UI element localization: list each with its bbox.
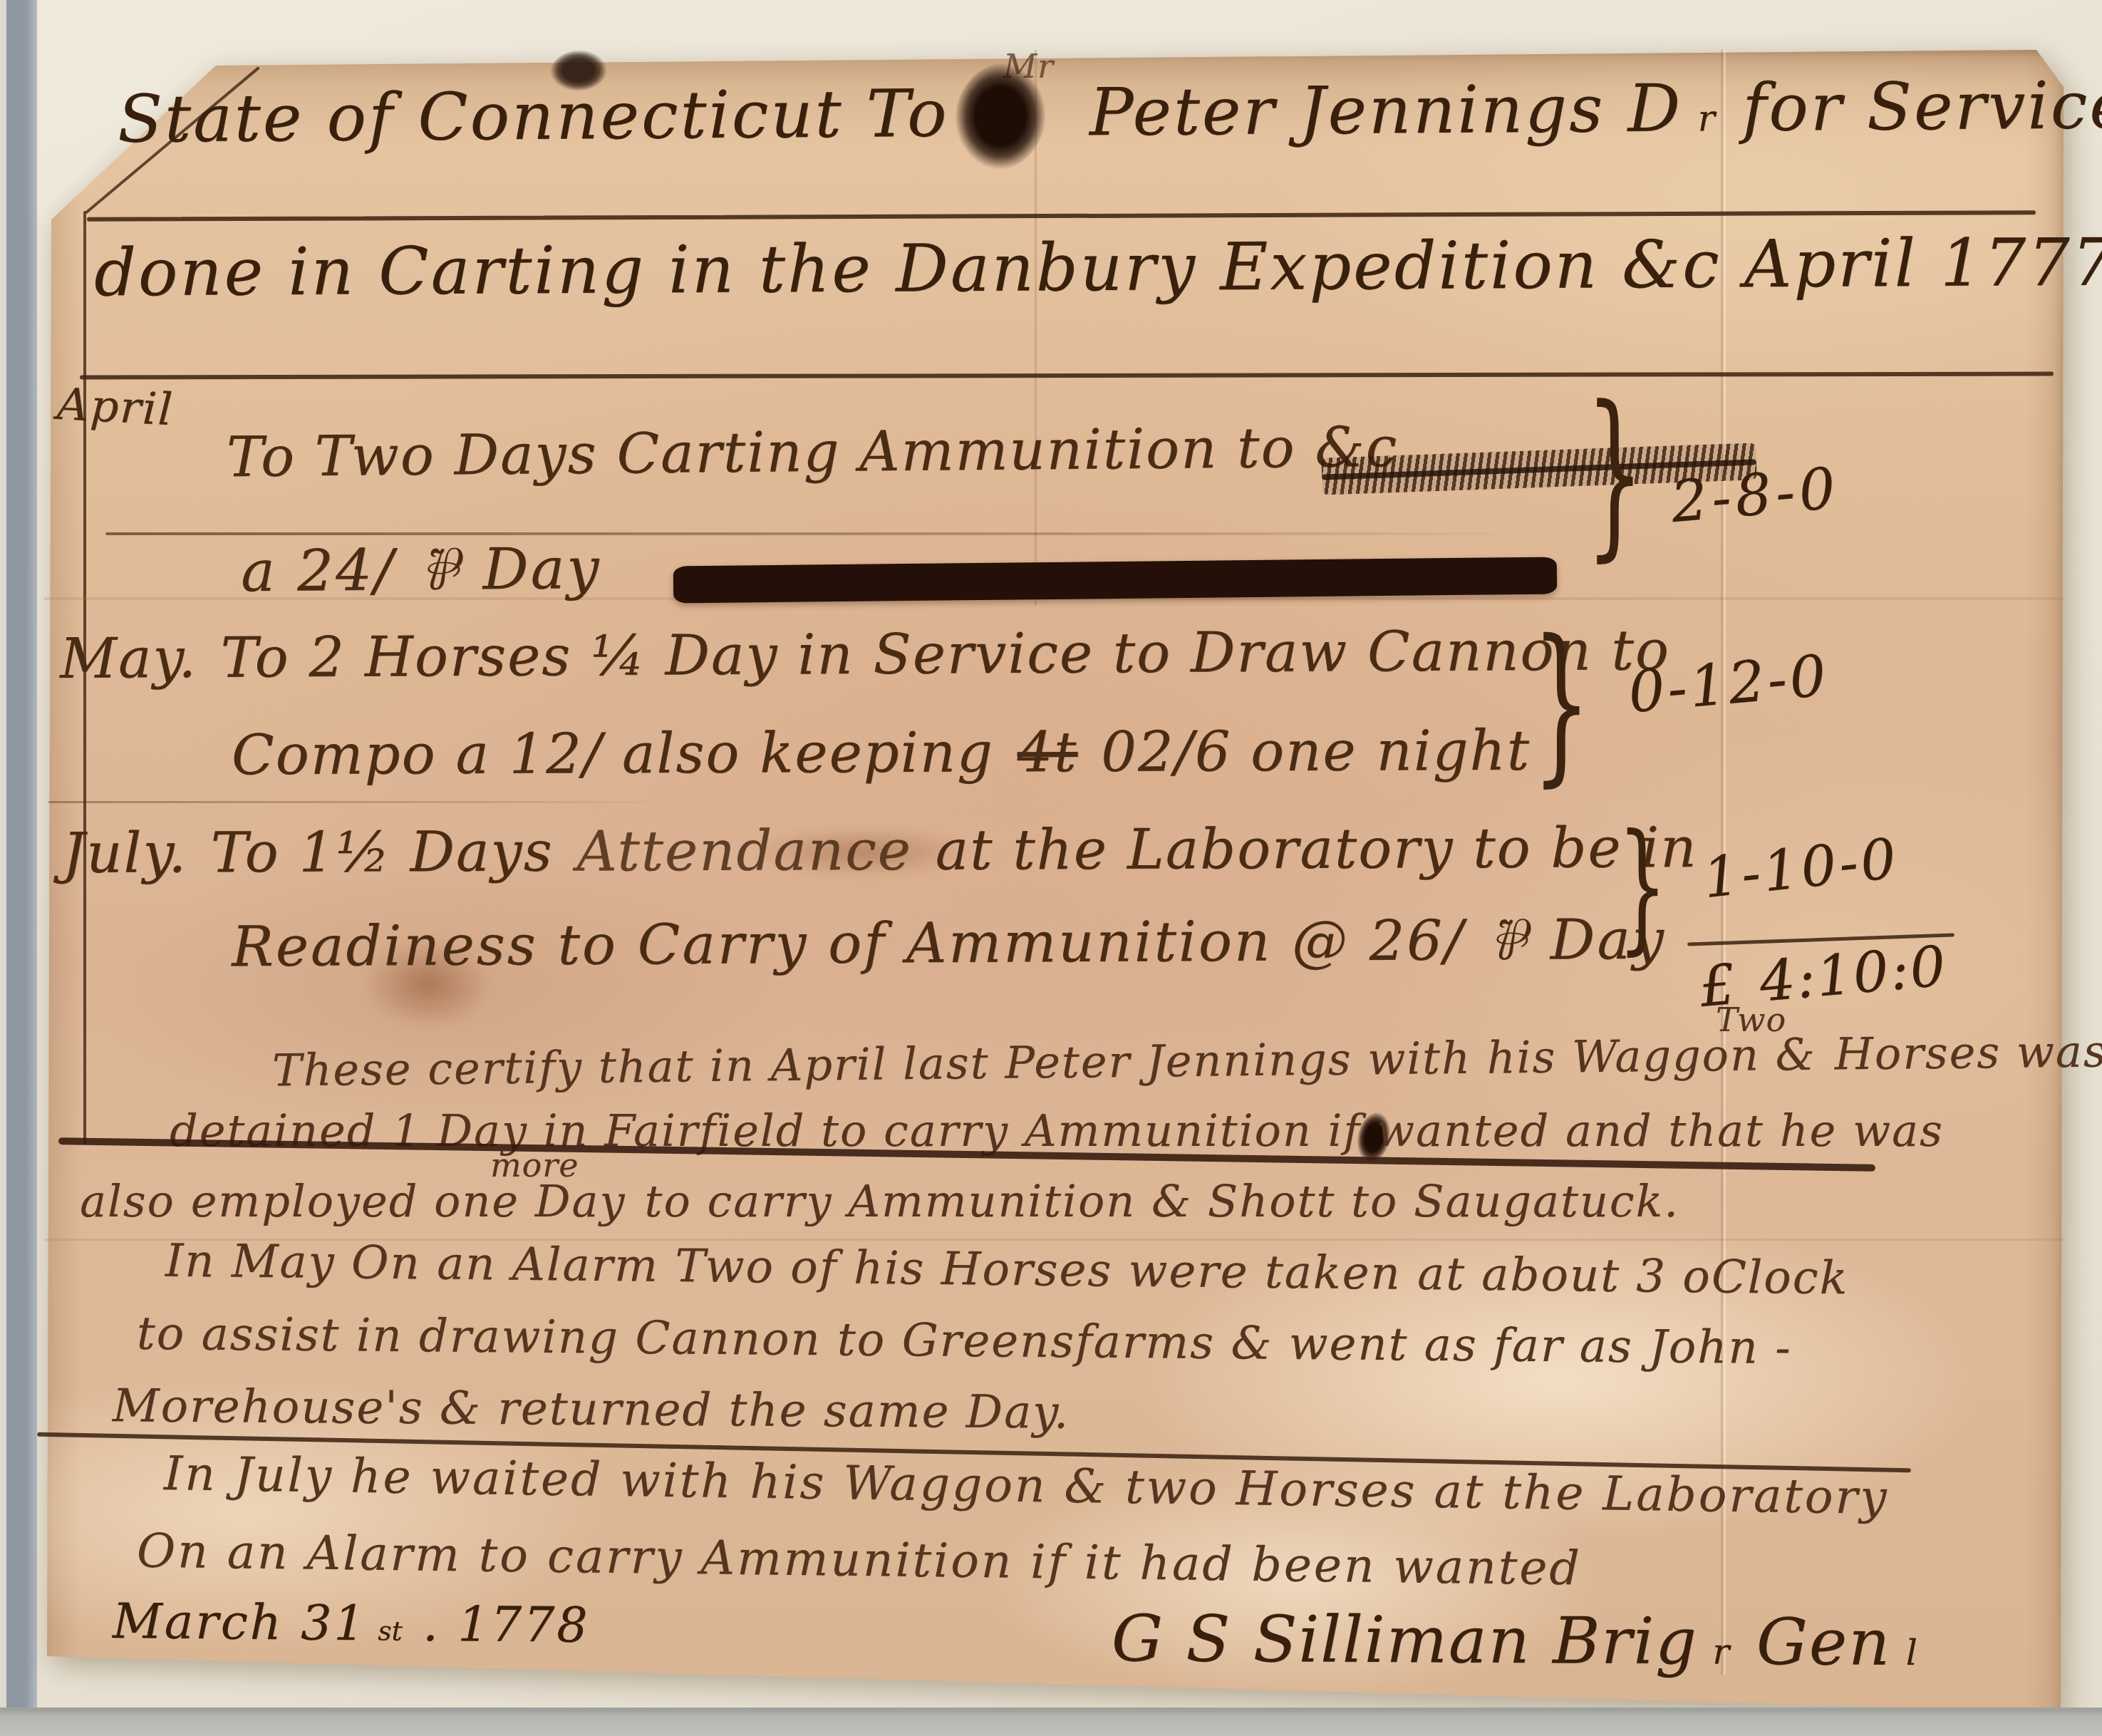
certificate-text-3a: also employed one Day [80, 1179, 626, 1224]
signature-name: G S Silliman Brig [1112, 1607, 1698, 1674]
entry-may-line-1: May. To 2 Horses ¼ Day in Service to Dra… [60, 623, 1670, 687]
title-part-3: for Service [1742, 73, 2102, 141]
title-part-1: State of Connecticut To [118, 81, 949, 153]
certificate-text-3b: to carry Ammunition & Shott to Saugatuck… [644, 1179, 1679, 1224]
signature-rank: Gen [1756, 1611, 1892, 1675]
may-paragraph-line-2: to assist in drawing Cannon to Greensfar… [137, 1311, 1792, 1371]
entry-july-text-1a: To 1½ Days [211, 825, 554, 882]
margin-month-april: April [56, 382, 175, 432]
signature-sup-r: r [1712, 1634, 1729, 1670]
title-superscript: r [1697, 100, 1715, 137]
certificate-line-3: also employed one Day to carry Ammunitio… [80, 1179, 1679, 1224]
entry-july-text-1b: Attendance [576, 823, 912, 880]
signature: G S Silliman Brigr Genl [1112, 1607, 1917, 1675]
date-part-1: March 31 [113, 1598, 367, 1648]
entry-july-text-2a: Readiness to Carry of Ammunition @ 26/ [232, 913, 1466, 975]
entry-april-line-1: To Two Days Carting Ammunition to &c [227, 420, 1399, 485]
total-amount: 4:10:0 [1757, 939, 1949, 1011]
date-part-2: . 1778 [423, 1601, 590, 1650]
date-superscript: st [378, 1618, 403, 1645]
amount-april: 2-8-0 [1669, 460, 1842, 531]
insertion-two: Two [1716, 1003, 1786, 1036]
curly-brace-july: } [1617, 804, 1667, 968]
frame-bottom-edge [0, 1707, 2102, 1736]
entry-july-line-2: Readiness to Carry of Ammunition @ 26/ ⅌… [232, 912, 1666, 976]
per-symbol-july: ⅌ [1489, 913, 1528, 968]
title-part-2: Peter Jennings D [1089, 76, 1682, 146]
title-line-2: done in Carting in the Danbury Expeditio… [94, 230, 2102, 306]
per-symbol: ⅌ [419, 542, 459, 599]
amount-may: 0-12-0 [1626, 647, 1831, 721]
faint-rule-april [105, 532, 1523, 535]
photo-of-framed-document: { "colors": { "mat": "#eae3d5", "frame_g… [0, 0, 2102, 1736]
entry-july-line-1: July. To 1½ Days Attendance at the Labor… [63, 820, 1698, 882]
margin-month-july: July. [63, 825, 187, 882]
curly-brace-may: } [1532, 602, 1591, 802]
signature-sup-l: l [1906, 1636, 1917, 1671]
title-line: State of Connecticut To Peter Jennings D… [118, 73, 2102, 153]
insertion-more: more [490, 1149, 579, 1182]
entry-april-line-2: a 24/ ⅌ Day [241, 540, 601, 600]
frame-left-edge [0, 0, 37, 1736]
margin-month-may: May. [60, 631, 197, 687]
faint-rule-may [48, 801, 675, 803]
certificate-text-1b: Horses was [1834, 1030, 2102, 1077]
entry-may-text-1: To 2 Horses ¼ Day in Service to Draw Can… [220, 623, 1670, 686]
entry-may-text-2a: Compo a 12/ also keeping [232, 725, 994, 783]
rate-april-unit: Day [482, 540, 601, 598]
struck-keeping-rate: 4t [1017, 725, 1077, 780]
date-line: March 31st. 1778 [113, 1598, 590, 1650]
entry-july-text-1c: at the Laboratory to be in [936, 820, 1698, 879]
curly-brace-april: } [1585, 367, 1645, 578]
entry-may-text-2b: 02/6 one night [1101, 723, 1531, 780]
may-paragraph-line-3: Morehouse's & returned the same Day. [113, 1383, 1070, 1435]
entry-may-line-2: Compo a 12/ also keeping 4t 02/6 one nig… [232, 723, 1531, 783]
rate-april: a 24/ [241, 542, 396, 600]
